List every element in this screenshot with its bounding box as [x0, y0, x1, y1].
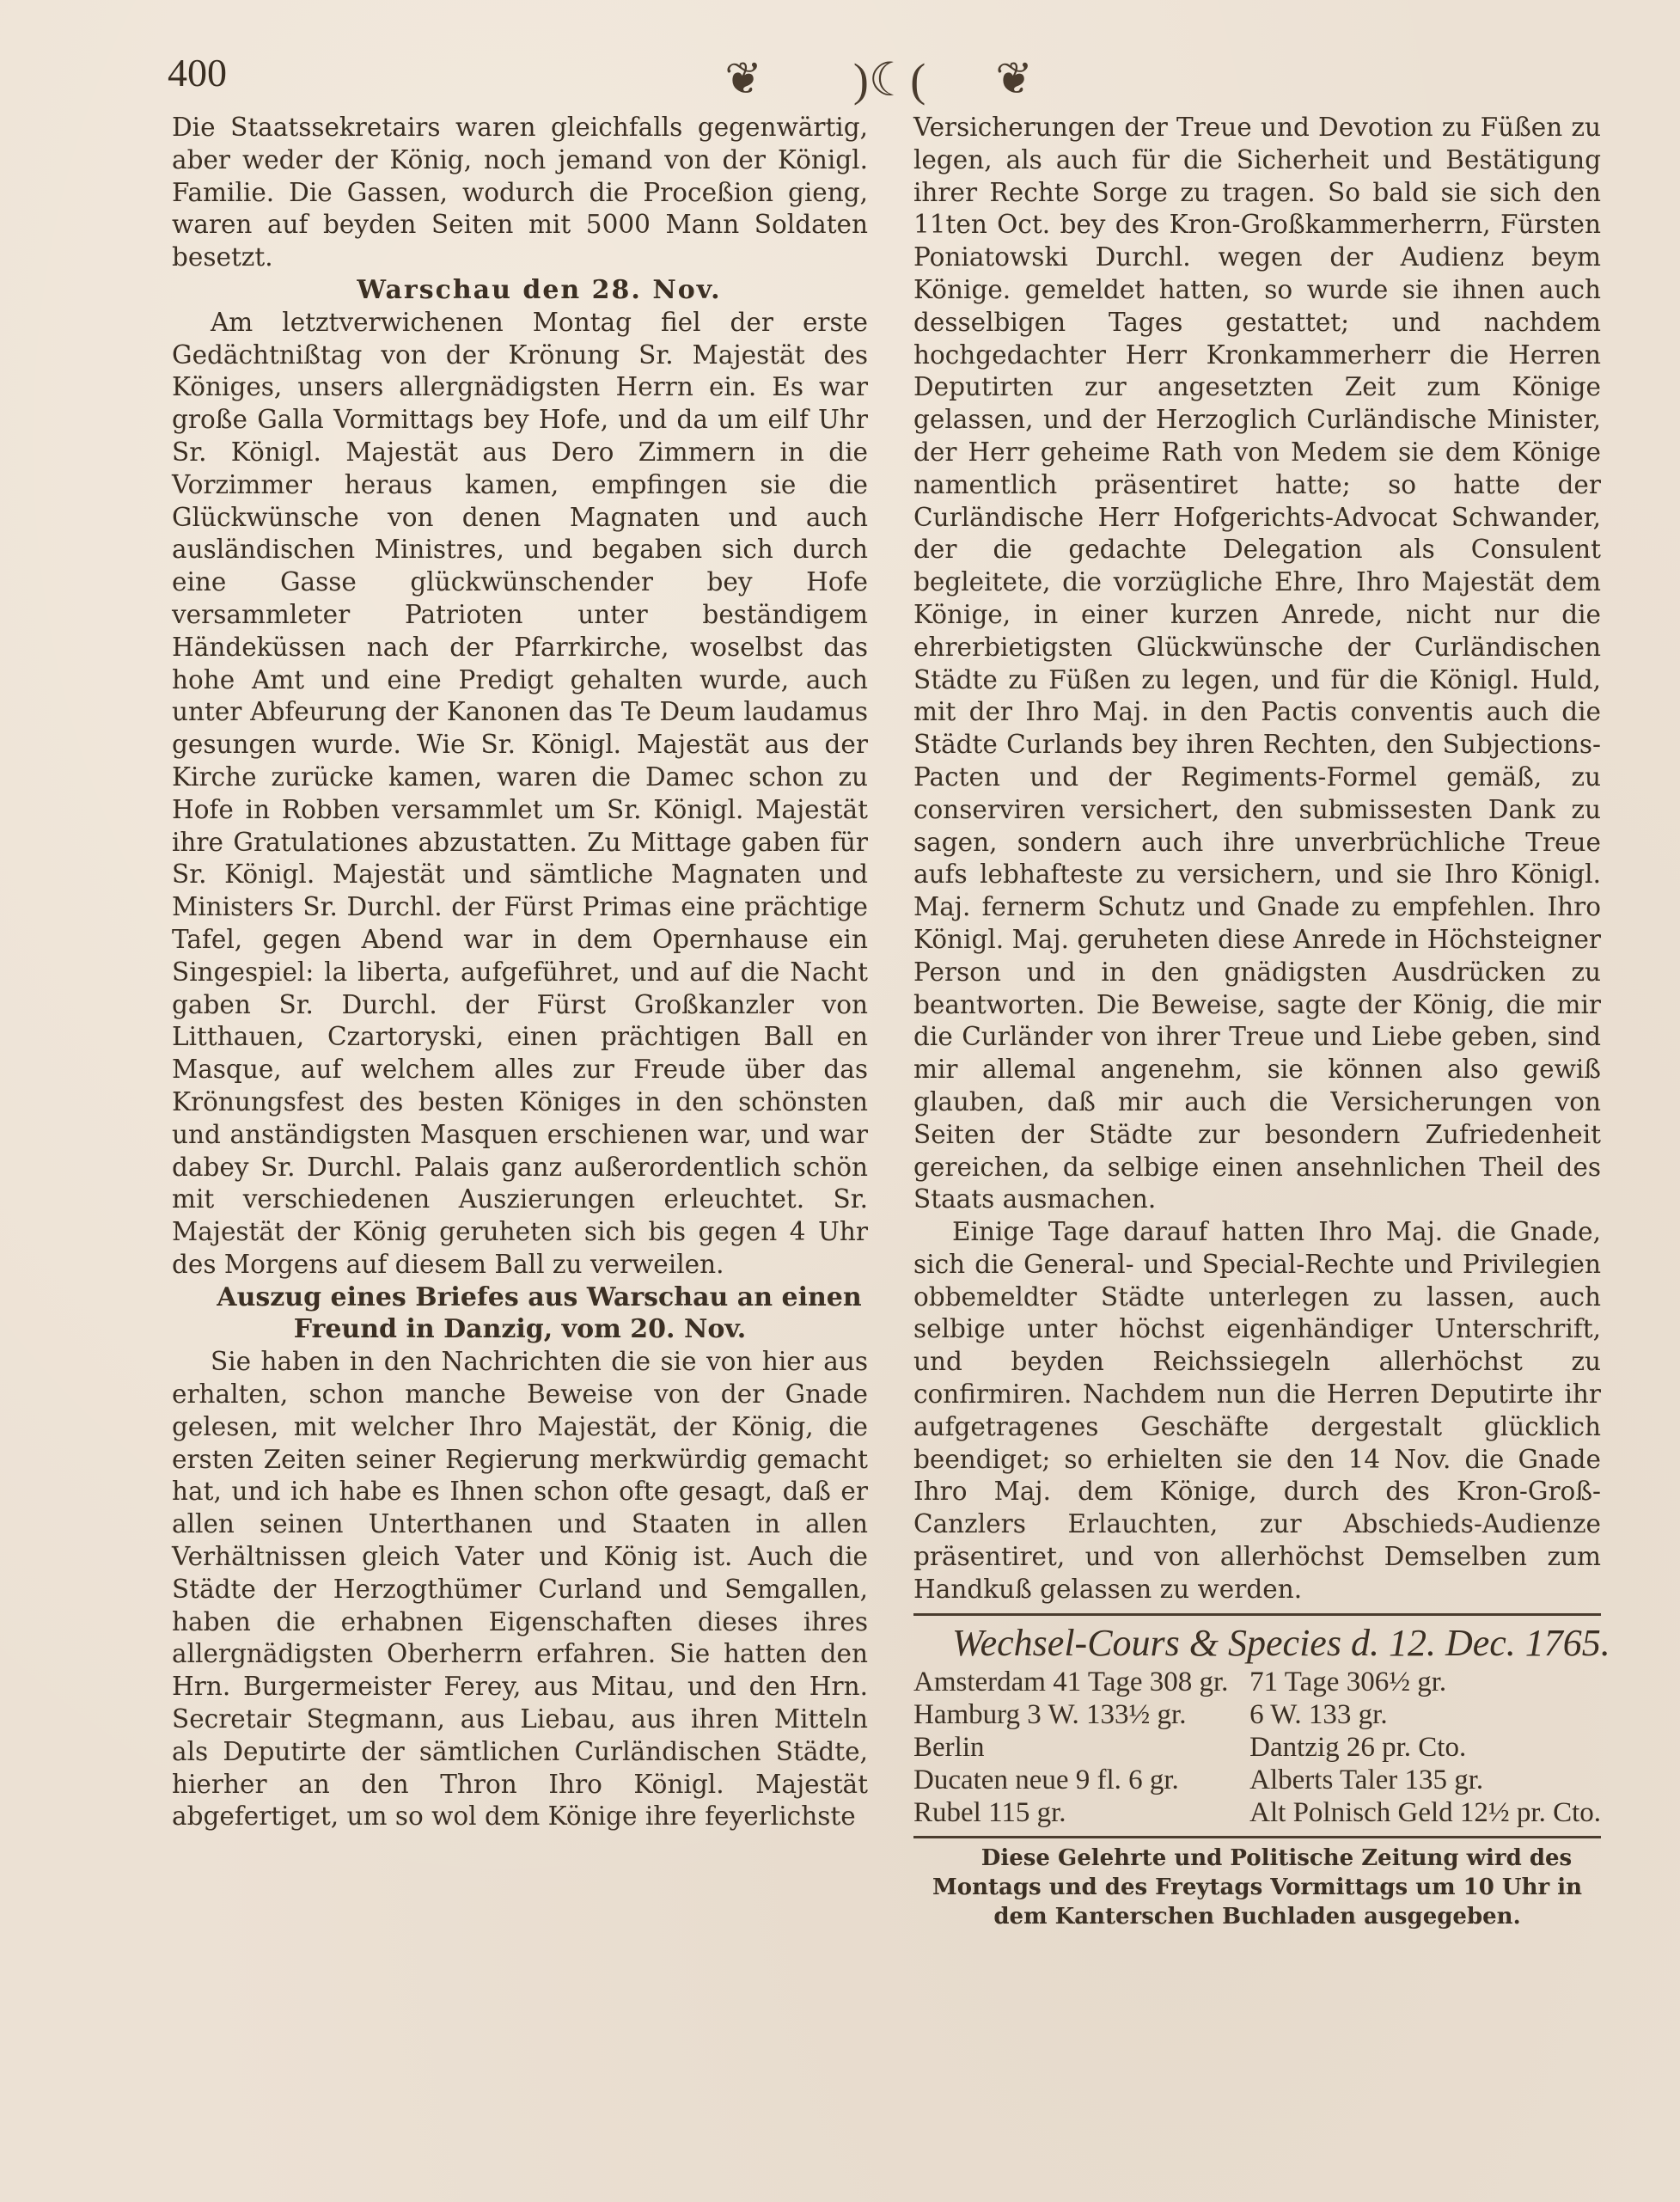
paragraph: Am letztverwichenen Montag fiel der erst… [172, 307, 868, 1281]
paragraph: Versicherungen der Treue und Devotion zu… [913, 112, 1601, 1216]
table-row: Berlin Dantzig 26 pr. Cto. [913, 1731, 1601, 1764]
page-number: 400 [168, 50, 227, 95]
paragraph: Einige Tage darauf hatten Ihro Maj. die … [913, 1216, 1601, 1606]
shell-ornament-icon: ❦ [971, 45, 1057, 113]
shell-ornament-icon: ❦ [700, 45, 786, 113]
table-row: Rubel 115 gr. Alt Polnisch Geld 12½ pr. … [913, 1796, 1601, 1829]
table-row: Hamburg 3 W. 133½ gr. 6 W. 133 gr. [913, 1698, 1601, 1731]
paragraph: Die Staatssekretairs waren gleichfalls g… [172, 112, 868, 274]
table-row: Amsterdam 41 Tage 308 gr. 71 Tage 306½ g… [913, 1666, 1601, 1698]
rate-cell: Alberts Taler 135 gr. [1249, 1764, 1601, 1796]
publication-note: Diese Gelehrte und Politische Zeitung wi… [913, 1844, 1601, 1931]
exchange-rates-title: Wechsel-Cours & Species d. 12. Dec. 1765… [913, 1621, 1601, 1666]
dateline: Warschau den 28. Nov. [172, 274, 868, 307]
section-heading: Auszug eines Briefes aus Warschau an ein… [172, 1281, 868, 1347]
moon-ornament-icon: )☾( [846, 45, 932, 113]
rate-cell: Amsterdam 41 Tage 308 gr. [913, 1666, 1249, 1698]
rate-cell: Rubel 115 gr. [913, 1796, 1249, 1829]
rate-cell: 6 W. 133 gr. [1249, 1698, 1601, 1731]
right-column: Versicherungen der Treue und Devotion zu… [913, 112, 1601, 1931]
page-header: 400 ❦ )☾( ❦ [168, 45, 1594, 122]
exchange-rates-table: Amsterdam 41 Tage 308 gr. 71 Tage 306½ g… [913, 1666, 1601, 1829]
left-column: Die Staatssekretairs waren gleichfalls g… [172, 112, 868, 1833]
rate-cell: Ducaten neue 9 fl. 6 gr. [913, 1764, 1249, 1796]
rate-cell: Alt Polnisch Geld 12½ pr. Cto. [1249, 1796, 1601, 1829]
rate-cell: Hamburg 3 W. 133½ gr. [913, 1698, 1249, 1731]
table-row: Ducaten neue 9 fl. 6 gr. Alberts Taler 1… [913, 1764, 1601, 1796]
rate-cell: Dantzig 26 pr. Cto. [1249, 1731, 1601, 1764]
rate-cell: Berlin [913, 1731, 1249, 1764]
divider [913, 1613, 1601, 1616]
rate-cell: 71 Tage 306½ gr. [1249, 1666, 1601, 1698]
divider [913, 1836, 1601, 1838]
paragraph: Sie haben in den Nachrichten die sie von… [172, 1346, 868, 1833]
